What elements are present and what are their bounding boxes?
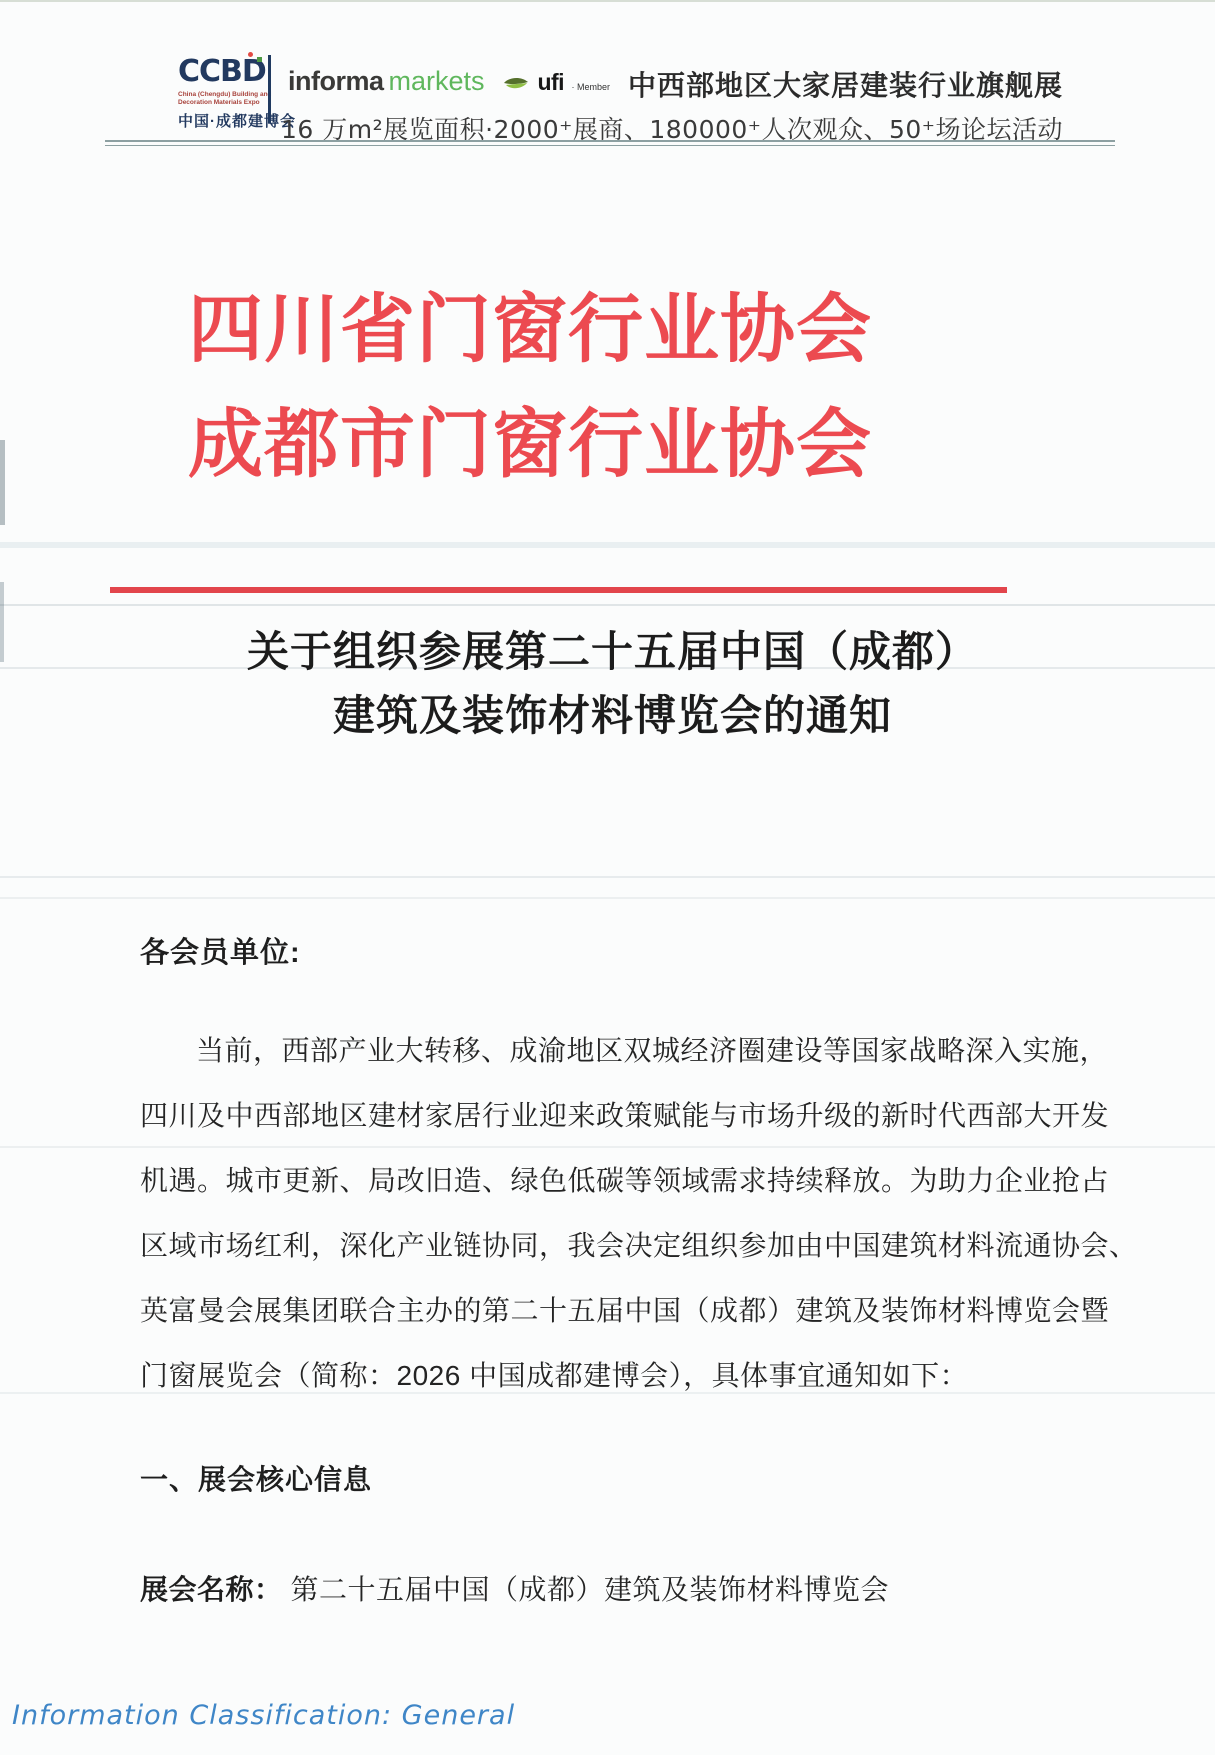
body-paragraph: 当前，西部产业大转移、成渝地区双城经济圈建设等国家战略深入实施， 四川及中西部地…	[140, 1018, 1085, 1408]
scan-artifact-line	[0, 897, 1215, 899]
scan-artifact-edge-mark	[0, 440, 5, 525]
ccbd-logo: CCBD China (Chengdu) Building and Decora…	[178, 57, 293, 131]
ccbd-logo-subtitle-cn: 中国·成都建博会	[178, 110, 293, 131]
scan-artifact-band	[0, 542, 1215, 548]
header-rule	[105, 140, 1115, 146]
paragraph-line: 区域市场红利，深化产业链协同，我会决定组织参加由中国建筑材料流通协会、	[140, 1213, 1085, 1278]
paragraph-line: 机遇。城市更新、局改旧造、绿色低碳等领域需求持续释放。为助力企业抢占	[140, 1148, 1085, 1213]
paragraph-line: 当前，西部产业大转移、成渝地区双城经济圈建设等国家战略深入实施，	[140, 1018, 1085, 1083]
association-title-line2: 成都市门窗行业协会	[60, 387, 1000, 502]
ccbd-green-dot-icon	[257, 57, 262, 62]
paragraph-line: 英富曼会展集团联合主办的第二十五届中国（成都）建筑及装饰材料博览会暨	[140, 1278, 1085, 1343]
paragraph-line: 门窗展览会（简称：2026 中国成都建博会），具体事宜通知如下：	[140, 1343, 1085, 1408]
scan-artifact-edge-mark	[0, 582, 4, 662]
ccbd-logo-text: CCBD	[178, 54, 266, 89]
logo-divider	[268, 55, 271, 123]
document-page: CCBD China (Chengdu) Building and Decora…	[0, 0, 1215, 1755]
expo-name-line: 展会名称：第二十五届中国（成都）建筑及装饰材料博览会	[140, 1568, 889, 1608]
paragraph-line: 四川及中西部地区建材家居行业迎来政策赋能与市场升级的新时代西部大开发	[140, 1083, 1085, 1148]
notice-title: 关于组织参展第二十五届中国（成都） 建筑及装饰材料博览会的通知	[130, 620, 1095, 748]
notice-title-line2: 建筑及装饰材料博览会的通知	[130, 684, 1095, 748]
association-title-line1: 四川省门窗行业协会	[60, 272, 1000, 387]
section-heading: 一、展会核心信息	[140, 1458, 372, 1498]
expo-name-label: 展会名称：	[140, 1574, 283, 1605]
expo-name-value: 第二十五届中国（成都）建筑及装饰材料博览会	[291, 1574, 890, 1605]
header-tagline: 中西部地区大家居建装行业旗舰展	[281, 64, 1063, 104]
scan-artifact-line	[0, 604, 1215, 606]
scan-artifact-top-line	[0, 0, 1215, 2]
scan-artifact-line	[0, 876, 1215, 878]
notice-title-line1: 关于组织参展第二十五届中国（成都）	[130, 620, 1095, 684]
red-underline	[110, 587, 1007, 593]
salutation: 各会员单位:	[140, 930, 301, 971]
classification-footer: Information Classification: General	[12, 1700, 515, 1731]
association-title: 四川省门窗行业协会 成都市门窗行业协会	[60, 272, 1000, 502]
header-right: 中西部地区大家居建装行业旗舰展 16 万m²展览面积·2000⁺展商、18000…	[281, 64, 1063, 146]
ccbd-red-dot-icon	[248, 52, 253, 57]
